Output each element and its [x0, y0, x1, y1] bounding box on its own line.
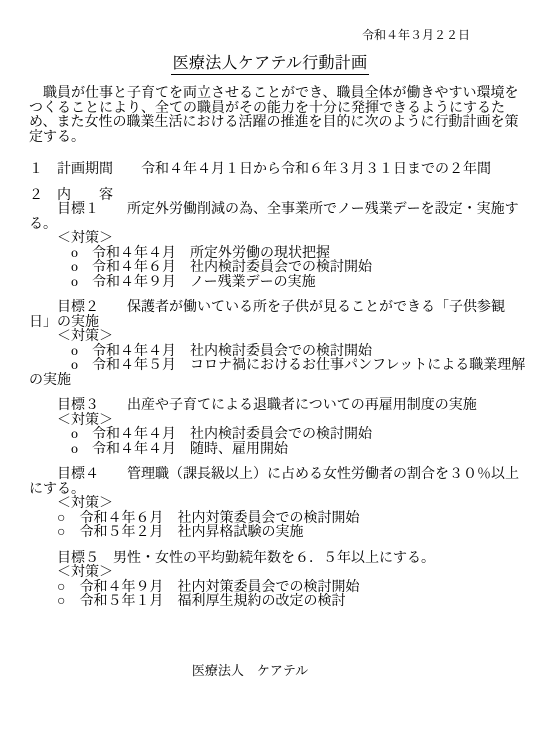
title-row: 医療法人ケアテル行動計画 [0, 54, 540, 75]
document-page: 令和４年３月２２日 医療法人ケアテル行動計画 職員が仕事と子育てを両立させること… [0, 0, 540, 733]
goal-1-block: 目標１ 所定外労働削減の為、全事業所でノー残業デーを設定・実施す る。 ＜対策＞… [29, 203, 540, 290]
intro-paragraph: 職員が仕事と子育てを両立させることができ、職員全体が働きやすい環境を つくること… [29, 87, 540, 145]
company-name: 医療法人 ケアテル [192, 663, 308, 678]
goal-4-block: 目標４ 管理職（課長級以上）に占める女性労働者の割合を３０％以上 にする。 ＜対… [29, 468, 540, 541]
signature-row: 医療法人 ケアテル [0, 664, 520, 679]
document-date: 令和４年３月２２日 [0, 0, 470, 42]
goal-2-block: 目標２ 保護者が働いている所を子供が見ることができる「子供参観 日」の実施 ＜対… [29, 301, 540, 388]
document-title: 医療法人ケアテル行動計画 [171, 54, 370, 75]
plan-period-line: １ 計画期間 令和４年４月１日から令和６年３月３１日までの２年間 [29, 163, 540, 178]
goal-5-block: 目標５ 男性・女性の平均勤続年数を６．５年以上にする。 ＜対策＞ ○ 令和４年９… [29, 552, 540, 610]
content-heading: ２ 内 容 [29, 189, 540, 204]
goal-3-block: 目標３ 出産や子育てによる退職者についての再雇用制度の実施 ＜対策＞ o 令和４… [29, 399, 540, 457]
